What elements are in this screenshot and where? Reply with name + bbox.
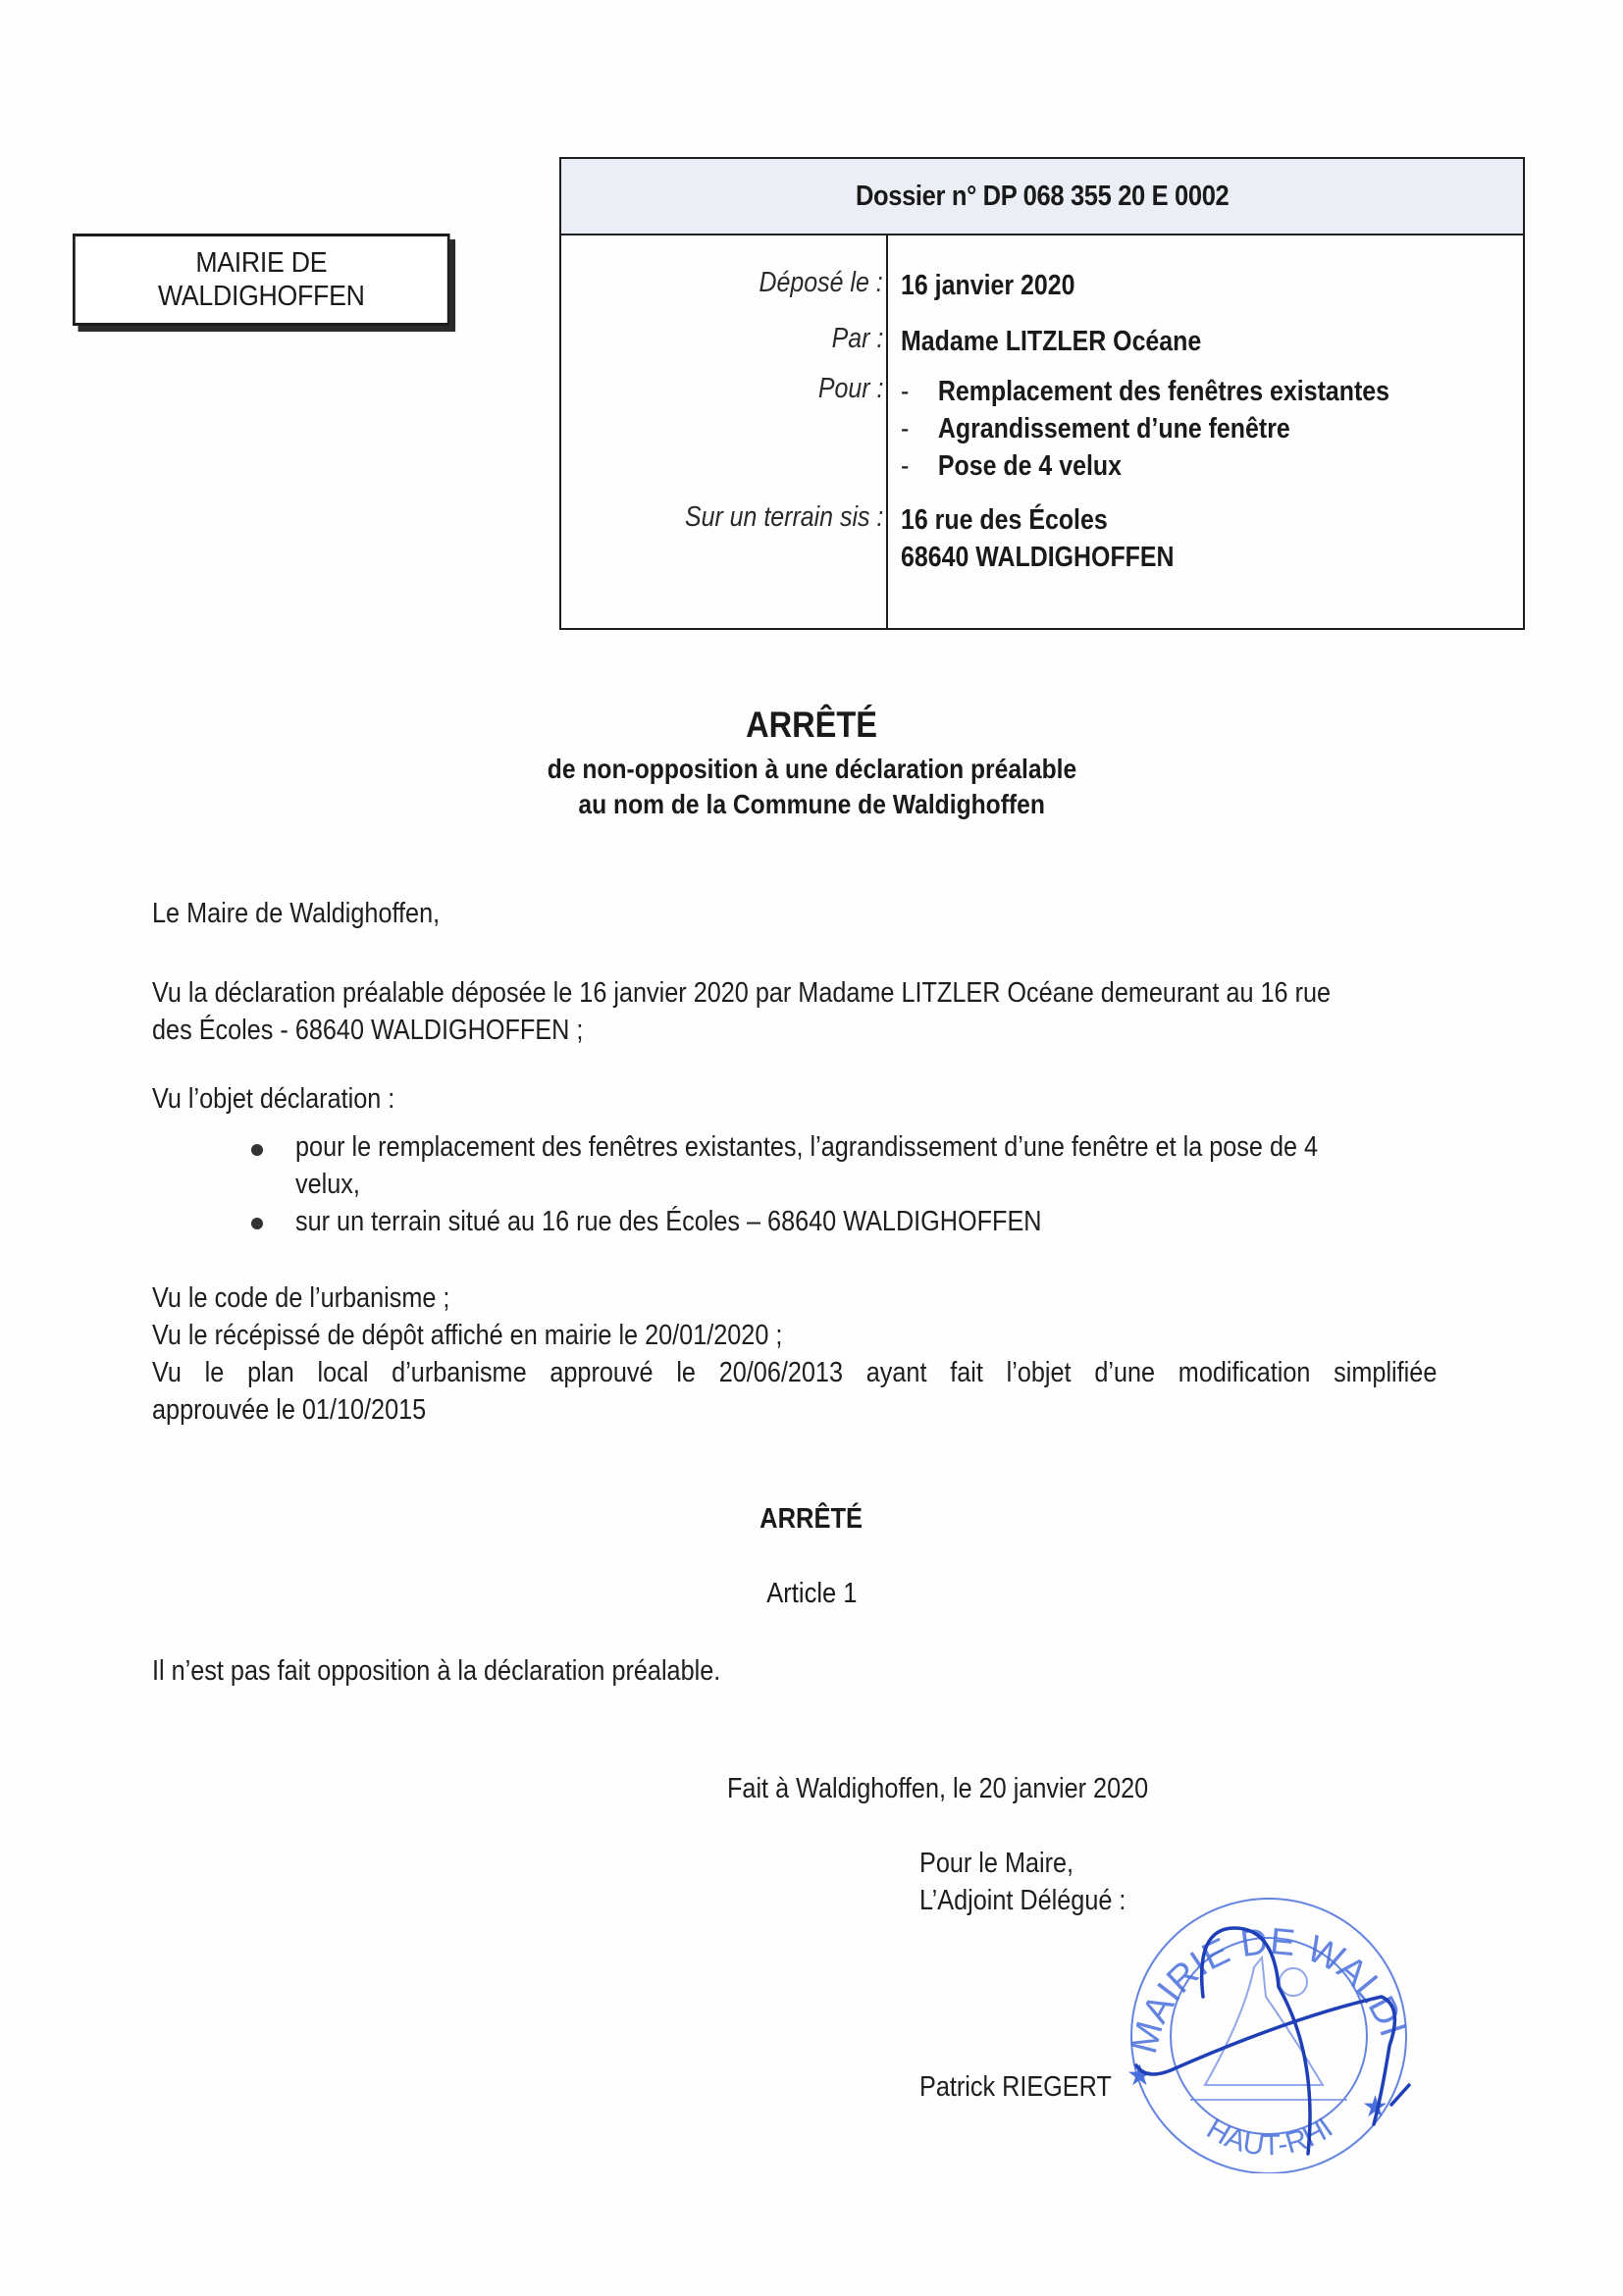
bullet-icon	[251, 1218, 263, 1229]
decree-subtitle-1: de non-opposition à une déclaration préa…	[0, 754, 1623, 785]
purpose-item: -Remplacement des fenêtres existantes	[901, 373, 1389, 410]
vu-declaration-line-1: Vu la déclaration préalable déposée le 1…	[152, 974, 1331, 1012]
article-text: Il n’est pas fait opposition à la déclar…	[152, 1652, 720, 1690]
site-label: Sur un terrain sis :	[685, 501, 883, 534]
signatory-name: Patrick RIEGERT	[919, 2068, 1112, 2106]
vu-declaration-line-2: des Écoles - 68640 WALDIGHOFFEN ;	[152, 1012, 583, 1049]
decision-heading: ARRÊTÉ	[0, 1503, 1623, 1536]
objet-item-2-line-1: sur un terrain situé au 16 rue des École…	[295, 1203, 1042, 1240]
for-mayor: Pour le Maire,	[919, 1845, 1073, 1882]
objet-item-1-line-2: velux,	[295, 1166, 360, 1203]
official-stamp-icon: MAIRIE DE WALDIGHOFFEN HAUT-RHIN ★ ★	[1097, 1889, 1431, 2173]
purpose-label: Pour :	[817, 373, 883, 405]
purpose-item: -Agrandissement d’une fenêtre	[901, 410, 1389, 447]
svg-text:★: ★	[1126, 2060, 1153, 2092]
purpose-list: -Remplacement des fenêtres existantes -A…	[901, 373, 1389, 485]
dossier-table: Dossier n° DP 068 355 20 E 0002 Déposé l…	[559, 157, 1525, 630]
dossier-number: Dossier n° DP 068 355 20 E 0002	[561, 159, 1523, 235]
deposited-value: 16 janvier 2020	[901, 267, 1074, 304]
vu-plu-line-2: approuvée le 01/10/2015	[152, 1391, 426, 1429]
dossier-details: Déposé le : 16 janvier 2020 Par : Madame…	[561, 235, 1523, 628]
vu-code: Vu le code de l’urbanisme ;	[152, 1279, 449, 1317]
opening-line: Le Maire de Waldighoffen,	[152, 895, 440, 932]
applicant-label: Par :	[831, 323, 883, 355]
issuer-line-2: WALDIGHOFFEN	[158, 280, 365, 313]
decree-subtitle-2: au nom de la Commune de Waldighoffen	[0, 789, 1623, 820]
article-title: Article 1	[0, 1578, 1623, 1610]
vu-recepisse: Vu le récépissé de dépôt affiché en mair…	[152, 1317, 782, 1354]
issuer-box: MAIRIE DE WALDIGHOFFEN	[73, 234, 450, 326]
issuer-line-1: MAIRIE DE	[195, 246, 327, 280]
objet-item-1-line-1: pour le remplacement des fenêtres exista…	[295, 1128, 1318, 1166]
deposited-label: Déposé le :	[759, 267, 883, 299]
vu-plu-line-1: Vu le plan local d’urbanisme approuvé le…	[152, 1354, 1438, 1391]
place-date: Fait à Waldighoffen, le 20 janvier 2020	[727, 1770, 1148, 1807]
site-address: 16 rue des Écoles 68640 WALDIGHOFFEN	[901, 501, 1175, 576]
bullet-icon	[251, 1144, 263, 1156]
applicant-value: Madame LITZLER Océane	[901, 323, 1201, 360]
purpose-item: -Pose de 4 velux	[901, 447, 1389, 485]
vu-objet: Vu l’objet déclaration :	[152, 1080, 394, 1118]
column-divider	[886, 235, 888, 628]
document-page: MAIRIE DE WALDIGHOFFEN Dossier n° DP 068…	[0, 0, 1623, 2296]
signatory-role: L’Adjoint Délégué :	[919, 1882, 1126, 1919]
decree-title: ARRÊTÉ	[0, 704, 1623, 746]
